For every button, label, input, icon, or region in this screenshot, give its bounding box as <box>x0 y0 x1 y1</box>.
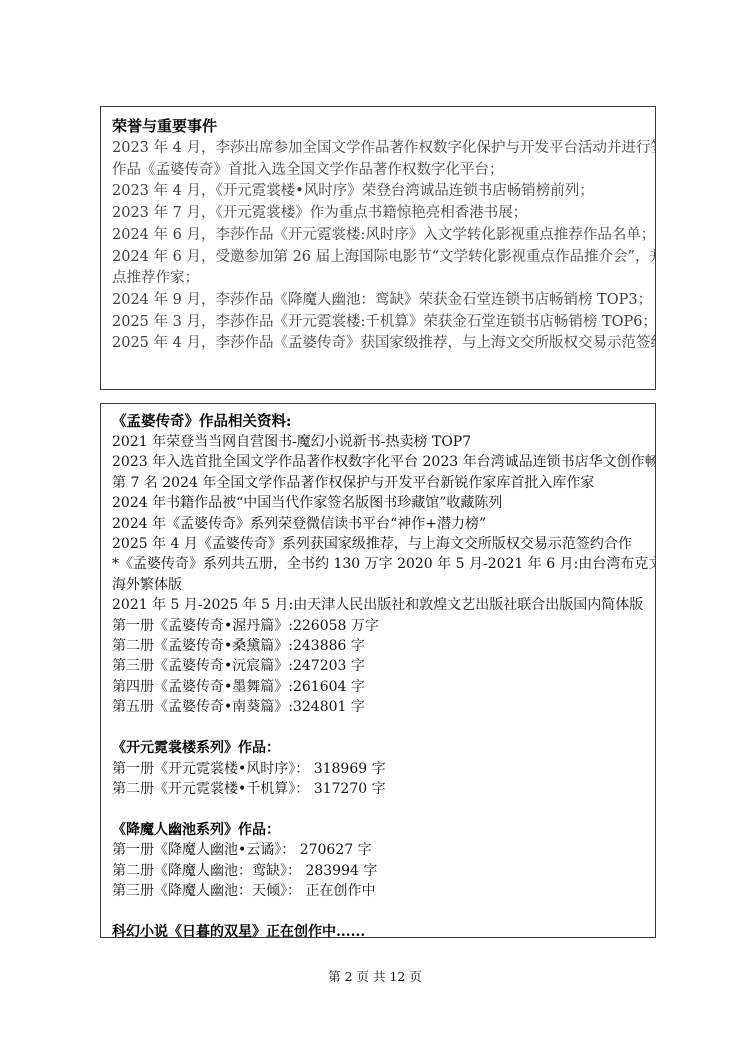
text-line: 第三册《孟婆传奇•沅宸篇》:247203 字 <box>112 656 644 676</box>
page-number-footer: 第 2 页 共 12 页 <box>0 968 750 986</box>
text-line: 作品《孟婆传奇》首批入选全国文学作品著作权数字化平台； <box>112 160 644 182</box>
text-line: 2023 年 4 月，《开元霓裳楼•风时序》荣登台湾诚品连锁书店畅销榜前列； <box>112 181 644 203</box>
text-line: 第二册《降魔人幽池：鸾缺》： 283994 字 <box>112 861 644 881</box>
text-line: 第 7 名 2024 年全国文学作品著作权保护与开发平台新锐作家库首批入库作家 <box>112 473 644 493</box>
related-works-box: 《孟婆传奇》作品相关资料: 2021 年荣登当当网自营图书-魔幻小说新书-热卖榜… <box>100 403 656 938</box>
text-line: 第一册《开元霓裳楼•风时序》： 318969 字 <box>112 759 644 779</box>
text-line: 2025 年 4 月《孟婆传奇》系列获国家级推荐，与上海文交所版权交易示范签约合… <box>112 534 644 554</box>
text-line: 第二册《孟婆传奇•桑黛篇》:243886 字 <box>112 636 644 656</box>
text-line: 2024 年 6 月，李莎作品《开元霓裳楼:风时序》入文学转化影视重点推荐作品名… <box>112 225 644 247</box>
text-line: 2025 年 4 月，李莎作品《孟婆传奇》获国家级推荐，与上海文交所版权交易示范… <box>112 333 644 355</box>
text-line: 2024 年 9 月，李莎作品《降魔人幽池：鸾缺》荣获金石堂连锁书店畅销榜 TO… <box>112 290 644 312</box>
text-line: 第二册《开元霓裳楼•千机算》： 317270 字 <box>112 779 644 799</box>
text-line <box>112 718 644 738</box>
text-line: 2025 年 3 月，李莎作品《开元霓裳楼:千机算》荣获金石堂连锁书店畅销榜 T… <box>112 312 644 334</box>
document-page: 荣誉与重要事件 2023 年 4 月，李莎出席参加全国文学作品著作权数字化保护与… <box>0 0 750 1060</box>
text-line: 点推荐作家； <box>112 268 644 290</box>
text-line <box>112 901 644 921</box>
text-line: 第四册《孟婆传奇•墨舞篇》:261604 字 <box>112 677 644 697</box>
text-line <box>112 799 644 819</box>
text-line: 《降魔人幽池系列》作品： <box>112 820 644 840</box>
text-line: 第五册《孟婆传奇•南葵篇》:324801 字 <box>112 697 644 717</box>
text-line: 第一册《孟婆传奇•渥丹篇》:226058 万字 <box>112 616 644 636</box>
text-line: 第一册《降魔人幽池•云谲》： 270627 字 <box>112 840 644 860</box>
text-line: 科幻小说《日暮的双星》正在创作中...... <box>112 922 644 938</box>
text-line: 《开元霓裳楼系列》作品： <box>112 738 644 758</box>
text-line: 第三册《降魔人幽池：天倾》： 正在创作中 <box>112 881 644 901</box>
text-line: 2021 年荣登当当网自营图书-魔幻小说新书-热卖榜 TOP7 <box>112 432 644 452</box>
text-line: 2024 年书籍作品被“中国当代作家签名版图书珍藏馆”收藏陈列 <box>112 493 644 513</box>
text-line: 2023 年入选首批全国文学作品著作权数字化平台 2023 年台湾诚品连锁书店华… <box>112 452 644 472</box>
text-line: 2023 年 7 月，《开元霓裳楼》作为重点书籍惊艳亮相香港书展； <box>112 203 644 225</box>
works-lines: 2021 年荣登当当网自营图书-魔幻小说新书-热卖榜 TOP72023 年入选首… <box>112 432 644 938</box>
text-line: 2023 年 4 月，李莎出席参加全国文学作品著作权数字化保护与开发平台活动并进… <box>112 138 644 160</box>
text-line: *《孟婆传奇》系列共五册，全书约 130 万字 2020 年 5 月-2021 … <box>112 554 644 574</box>
text-line: 2024 年 6 月，受邀参加第 26 届上海国际电影节“文学转化影视重点作品推… <box>112 247 644 269</box>
honors-events-box: 荣誉与重要事件 2023 年 4 月，李莎出席参加全国文学作品著作权数字化保护与… <box>100 106 656 390</box>
honors-box-title: 荣誉与重要事件 <box>112 114 644 138</box>
works-box-title: 《孟婆传奇》作品相关资料: <box>112 411 644 432</box>
honors-lines: 2023 年 4 月，李莎出席参加全国文学作品著作权数字化保护与开发平台活动并进… <box>112 138 644 355</box>
text-line: 2024 年《孟婆传奇》系列荣登微信读书平台“神作+潜力榜” <box>112 514 644 534</box>
text-line: 海外繁体版 <box>112 575 644 595</box>
text-line: 2021 年 5 月-2025 年 5 月:由天津人民出版社和敦煌文艺出版社联合… <box>112 595 644 615</box>
